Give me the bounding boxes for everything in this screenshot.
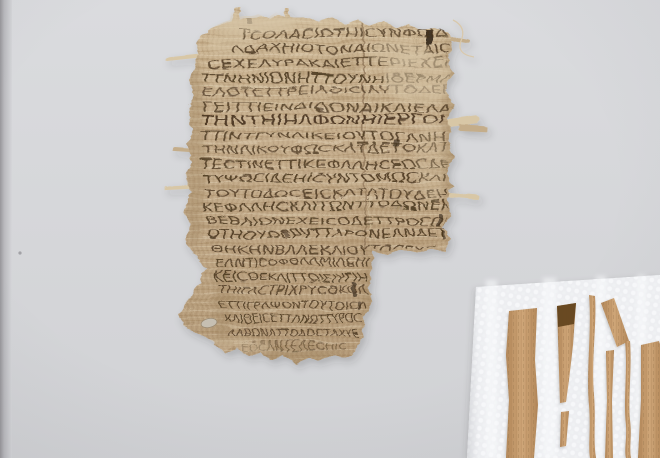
manuscript-line: ΕΛΝΤΙCΟΦΘΛΛΜΙΛCΗΙ	[214, 253, 368, 268]
conservation-tissue-panel	[467, 275, 660, 458]
manuscript-line: ΟΤΗΟΥΩCΡΥΤΤΛΡΟΝΕΛΝΔΕΤ	[205, 225, 447, 240]
tissue-streak	[543, 278, 556, 458]
papyrus-photograph: ΤCΟΛΑCΙΩΤΗΙCΥΝΦΩΙΔΛΔΑΧΗΙΟΤΟΝΑΙΩΝΕΤΑΙCCΕΧ…	[0, 0, 660, 458]
faded-area	[416, 118, 448, 202]
manuscript-line: ΚΛΙΘΕΙCΕΤΤΛΝΩΤΤΥΡΟC	[222, 310, 362, 324]
manuscript-line: ΕΤΤΙΓΡΛΨΟΝΤΟΥΤΟΙCΛ	[218, 296, 364, 311]
strip-g-grain	[638, 341, 660, 458]
manuscript-line: ΤΗΝΛΙΚΟΥΦΩCΚΛΤΔΕΤΟΚΛΤ	[198, 139, 449, 155]
photo-stage: ΤCΟΛΑCΙΩΤΗΙCΥΝΦΩΙΔΛΔΑΧΗΙΟΤΟΝΑΙΩΝΕΤΑΙCCΕΧ…	[0, 0, 660, 458]
manuscript-line: ΚΕΦΛΛΗCΚΛΙΤΩΝΤΤΟΔΩΝΕΚ	[200, 196, 451, 212]
tissue-streak	[486, 280, 497, 458]
manuscript-line: ΛΛΒΩΝΛΤΤΟΔΟCΤΛΧΥΕ	[226, 324, 358, 339]
dust-speck	[18, 251, 21, 254]
strip-a-grain	[506, 308, 538, 458]
manuscript-line: ΤΗΙΓΛCΤΡΙΧΡΥCΟΚΟΛ	[215, 281, 366, 296]
strip-b-upper-dark-blotch	[557, 303, 576, 327]
faded-area	[368, 40, 428, 64]
manuscript-line: ΤΥΨΩCΙΔΕΗΙCΥΝΤΟΜΩCΚΛΙ	[198, 169, 446, 184]
manuscript-line: ΤΗΝΤΗΙΗΛΦΩΝΗΙΕΡΓΟΝ	[198, 111, 452, 127]
